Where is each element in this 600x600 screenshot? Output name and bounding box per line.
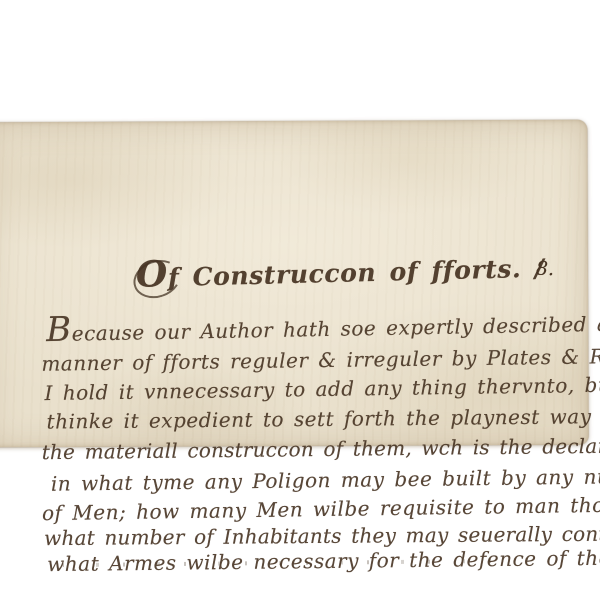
manuscript-line: the materiall construccon of them, wch i… [42,433,600,464]
manuscript-line: Because our Author hath soe expertly des… [46,312,600,347]
manuscript-line: manner of fforts reguler & irreguler by … [41,344,600,376]
manuscript-line: of Men; how many Men wilbe requisite to … [42,492,600,525]
page-number: 8. [536,258,555,281]
manuscript-page: Of Construccon of fforts. / 8. Because o… [0,120,589,448]
manuscript-line: in what tyme any Poligon may bee built b… [51,464,600,496]
manuscript-line: I hold it vnnecessary to add any thing t… [44,373,600,406]
manuscript-line: thinke it expedient to sett forth the pl… [46,404,600,434]
screenshot-root: { "document": { "page_number": "8.", "ti… [0,0,600,600]
manuscript-title: Of Construccon of fforts. / [136,254,545,293]
